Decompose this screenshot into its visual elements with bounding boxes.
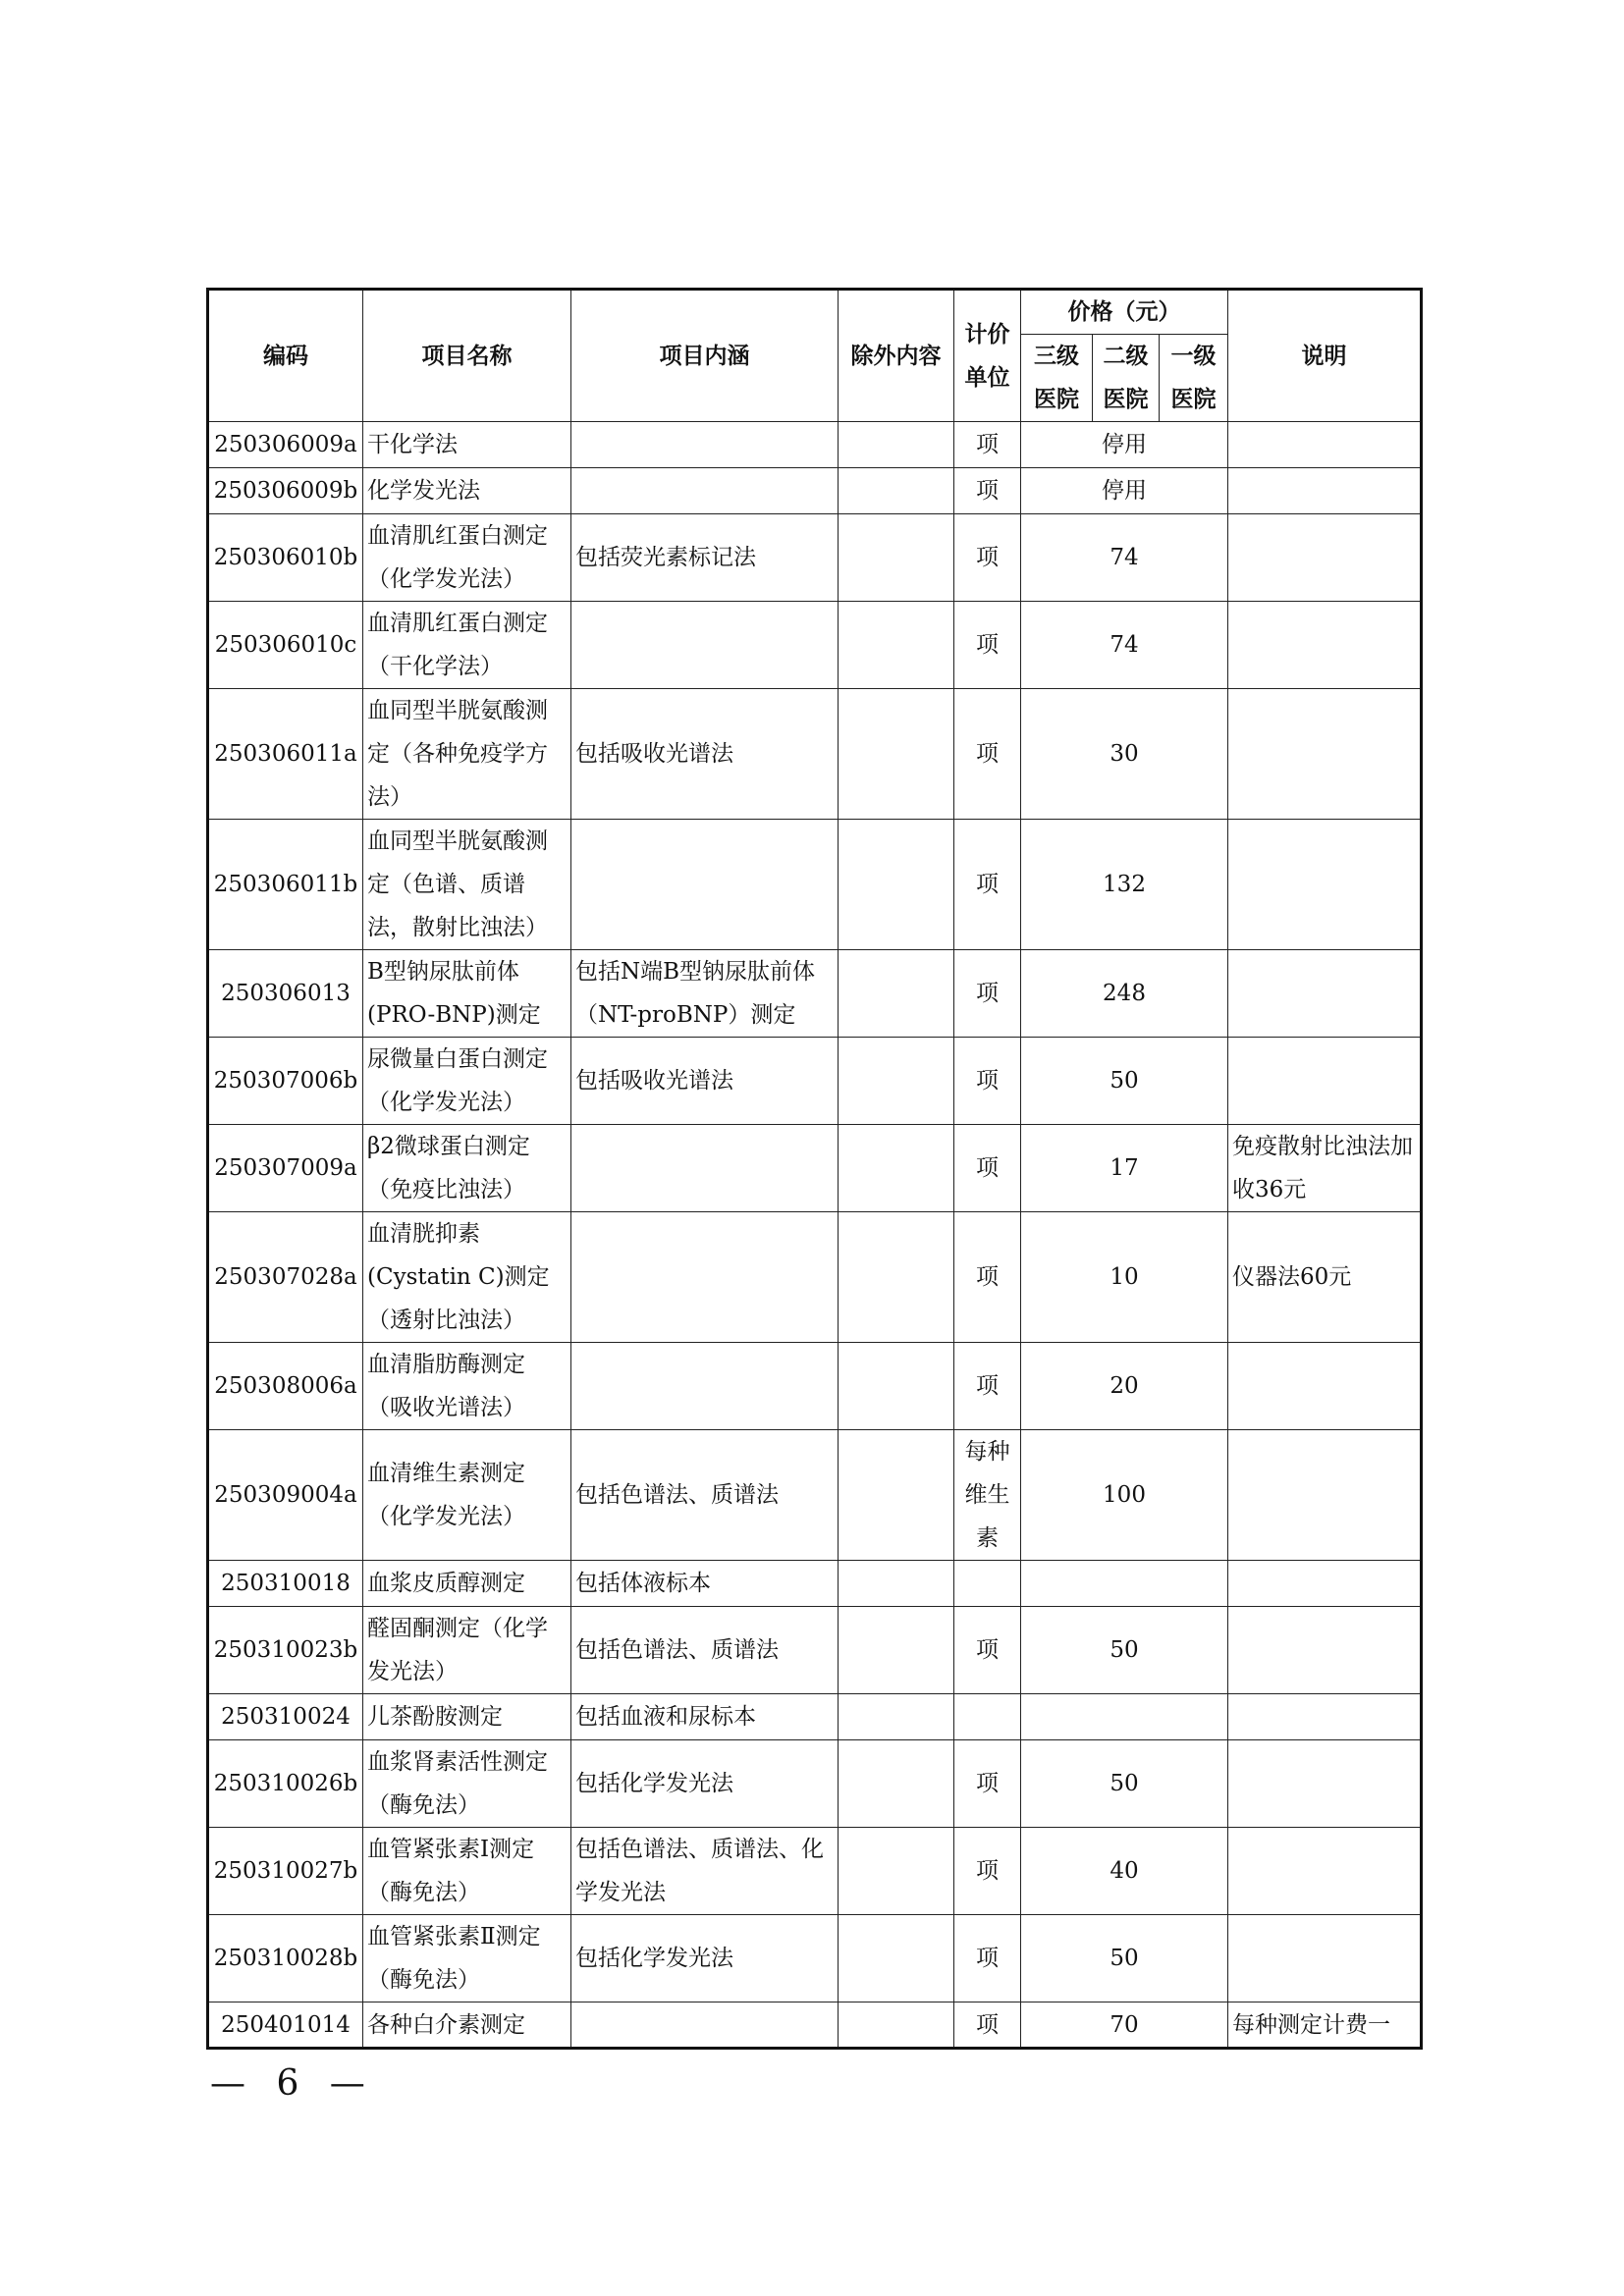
cell-content: 包括N端B型钠尿肽前体（NT-proBNP）测定 bbox=[571, 950, 839, 1038]
cell-exclusions bbox=[839, 602, 954, 689]
table-row: 250306011a血同型半胱氨酸测定（各种免疫学方法）包括吸收光谱法项30 bbox=[208, 689, 1422, 820]
cell-content bbox=[571, 1212, 839, 1343]
cell-exclusions bbox=[839, 1430, 954, 1561]
cell-price: 50 bbox=[1021, 1038, 1228, 1125]
cell-exclusions bbox=[839, 1038, 954, 1125]
cell-unit: 项 bbox=[954, 950, 1021, 1038]
cell-notes bbox=[1228, 422, 1422, 468]
cell-notes bbox=[1228, 950, 1422, 1038]
cell-notes bbox=[1228, 1430, 1422, 1561]
cell-code: 250306011a bbox=[208, 689, 363, 820]
table-row: 250307009aβ2微球蛋白测定（免疫比浊法）项17免疫散射比浊法加收36元 bbox=[208, 1125, 1422, 1212]
cell-notes bbox=[1228, 1828, 1422, 1915]
cell-notes bbox=[1228, 1740, 1422, 1828]
cell-name: 血浆肾素活性测定（酶免法） bbox=[363, 1740, 571, 1828]
cell-price: 10 bbox=[1021, 1212, 1228, 1343]
cell-unit: 项 bbox=[954, 1343, 1021, 1430]
cell-exclusions bbox=[839, 1694, 954, 1740]
price-table: 编码 项目名称 项目内涵 除外内容 计价单位 价格（元） 说明 三级医院 二级医… bbox=[206, 288, 1423, 2050]
cell-code: 250306010b bbox=[208, 514, 363, 602]
table-row: 250306011b血同型半胱氨酸测定（色谱、质谱法，散射比浊法）项132 bbox=[208, 820, 1422, 950]
cell-exclusions bbox=[839, 422, 954, 468]
cell-notes bbox=[1228, 1694, 1422, 1740]
header-content: 项目内涵 bbox=[571, 290, 839, 422]
cell-name: 血清胱抑素(Cystatin C)测定（透射比浊法） bbox=[363, 1212, 571, 1343]
cell-code: 250306009b bbox=[208, 468, 363, 514]
table-row: 250306010b血清肌红蛋白测定（化学发光法）包括荧光素标记法项74 bbox=[208, 514, 1422, 602]
cell-notes bbox=[1228, 468, 1422, 514]
table-row: 250401014各种白介素测定项70每种测定计费一 bbox=[208, 2002, 1422, 2049]
table-row: 250306010c血清肌红蛋白测定（干化学法）项74 bbox=[208, 602, 1422, 689]
cell-content bbox=[571, 422, 839, 468]
cell-unit: 项 bbox=[954, 1038, 1021, 1125]
table-row: 250310023b醛固酮测定（化学发光法）包括色谱法、质谱法项50 bbox=[208, 1607, 1422, 1694]
cell-exclusions bbox=[839, 1561, 954, 1607]
cell-exclusions bbox=[839, 1125, 954, 1212]
header-notes: 说明 bbox=[1228, 290, 1422, 422]
cell-notes: 免疫散射比浊法加收36元 bbox=[1228, 1125, 1422, 1212]
cell-price: 40 bbox=[1021, 1828, 1228, 1915]
cell-price: 74 bbox=[1021, 514, 1228, 602]
cell-content: 包括血液和尿标本 bbox=[571, 1694, 839, 1740]
cell-price: 50 bbox=[1021, 1740, 1228, 1828]
cell-price: 74 bbox=[1021, 602, 1228, 689]
cell-unit: 项 bbox=[954, 1607, 1021, 1694]
cell-code: 250306010c bbox=[208, 602, 363, 689]
cell-exclusions bbox=[839, 468, 954, 514]
cell-price: 248 bbox=[1021, 950, 1228, 1038]
cell-exclusions bbox=[839, 689, 954, 820]
cell-code: 250306009a bbox=[208, 422, 363, 468]
table-row: 250310028b血管紧张素Ⅱ测定（酶免法）包括化学发光法项50 bbox=[208, 1915, 1422, 2002]
cell-unit: 项 bbox=[954, 1212, 1021, 1343]
table-row: 250310024儿茶酚胺测定包括血液和尿标本 bbox=[208, 1694, 1422, 1740]
cell-unit: 项 bbox=[954, 1125, 1021, 1212]
cell-content bbox=[571, 820, 839, 950]
cell-name: 化学发光法 bbox=[363, 468, 571, 514]
cell-code: 250307009a bbox=[208, 1125, 363, 1212]
cell-unit: 项 bbox=[954, 2002, 1021, 2049]
cell-content: 包括化学发光法 bbox=[571, 1915, 839, 2002]
table-header-row: 编码 项目名称 项目内涵 除外内容 计价单位 价格（元） 说明 bbox=[208, 290, 1422, 335]
cell-unit bbox=[954, 1694, 1021, 1740]
table-row: 250306013B型钠尿肽前体(PRO-BNP)测定包括N端B型钠尿肽前体（N… bbox=[208, 950, 1422, 1038]
table-body: 250306009a干化学法项停用250306009b化学发光法项停用25030… bbox=[208, 422, 1422, 2049]
cell-exclusions bbox=[839, 820, 954, 950]
header-price-level1: 一级医院 bbox=[1160, 335, 1228, 422]
cell-notes bbox=[1228, 1607, 1422, 1694]
cell-code: 250306013 bbox=[208, 950, 363, 1038]
cell-unit: 项 bbox=[954, 1740, 1021, 1828]
cell-code: 250310024 bbox=[208, 1694, 363, 1740]
cell-exclusions bbox=[839, 1212, 954, 1343]
page-number: — 6 — bbox=[210, 2063, 375, 2104]
cell-name: 醛固酮测定（化学发光法） bbox=[363, 1607, 571, 1694]
header-name: 项目名称 bbox=[363, 290, 571, 422]
cell-notes bbox=[1228, 602, 1422, 689]
cell-code: 250310026b bbox=[208, 1740, 363, 1828]
cell-name: 干化学法 bbox=[363, 422, 571, 468]
cell-name: β2微球蛋白测定（免疫比浊法） bbox=[363, 1125, 571, 1212]
table-row: 250306009b化学发光法项停用 bbox=[208, 468, 1422, 514]
table-row: 250306009a干化学法项停用 bbox=[208, 422, 1422, 468]
cell-name: 血清肌红蛋白测定（干化学法） bbox=[363, 602, 571, 689]
cell-exclusions bbox=[839, 1343, 954, 1430]
cell-exclusions bbox=[839, 950, 954, 1038]
header-price-group: 价格（元） bbox=[1021, 290, 1228, 335]
cell-content: 包括荧光素标记法 bbox=[571, 514, 839, 602]
cell-exclusions bbox=[839, 2002, 954, 2049]
cell-name: 尿微量白蛋白测定（化学发光法） bbox=[363, 1038, 571, 1125]
cell-exclusions bbox=[839, 514, 954, 602]
cell-name: 各种白介素测定 bbox=[363, 2002, 571, 2049]
cell-name: 血清维生素测定（化学发光法） bbox=[363, 1430, 571, 1561]
cell-notes bbox=[1228, 689, 1422, 820]
cell-name: 血同型半胱氨酸测定（色谱、质谱法，散射比浊法） bbox=[363, 820, 571, 950]
cell-unit: 项 bbox=[954, 602, 1021, 689]
cell-content: 包括色谱法、质谱法 bbox=[571, 1430, 839, 1561]
cell-unit bbox=[954, 1561, 1021, 1607]
cell-content bbox=[571, 2002, 839, 2049]
cell-unit: 项 bbox=[954, 514, 1021, 602]
cell-price: 停用 bbox=[1021, 468, 1228, 514]
cell-unit: 项 bbox=[954, 1828, 1021, 1915]
table-row: 250307028a血清胱抑素(Cystatin C)测定（透射比浊法）项10仪… bbox=[208, 1212, 1422, 1343]
table-row: 250310026b血浆肾素活性测定（酶免法）包括化学发光法项50 bbox=[208, 1740, 1422, 1828]
table-row: 250310027b血管紧张素Ⅰ测定（酶免法）包括色谱法、质谱法、化学发光法项4… bbox=[208, 1828, 1422, 1915]
cell-code: 250306011b bbox=[208, 820, 363, 950]
cell-notes bbox=[1228, 1343, 1422, 1430]
cell-code: 250401014 bbox=[208, 2002, 363, 2049]
cell-content: 包括吸收光谱法 bbox=[571, 1038, 839, 1125]
cell-exclusions bbox=[839, 1828, 954, 1915]
cell-content: 包括吸收光谱法 bbox=[571, 689, 839, 820]
cell-notes: 每种测定计费一 bbox=[1228, 2002, 1422, 2049]
cell-price: 30 bbox=[1021, 689, 1228, 820]
cell-notes bbox=[1228, 1561, 1422, 1607]
cell-name: 血浆皮质醇测定 bbox=[363, 1561, 571, 1607]
cell-code: 250307028a bbox=[208, 1212, 363, 1343]
cell-notes bbox=[1228, 514, 1422, 602]
cell-notes: 仪器法60元 bbox=[1228, 1212, 1422, 1343]
cell-name: 血清脂肪酶测定（吸收光谱法） bbox=[363, 1343, 571, 1430]
cell-price: 停用 bbox=[1021, 422, 1228, 468]
cell-notes bbox=[1228, 1038, 1422, 1125]
cell-price: 17 bbox=[1021, 1125, 1228, 1212]
cell-name: 血管紧张素Ⅱ测定（酶免法） bbox=[363, 1915, 571, 2002]
cell-code: 250308006a bbox=[208, 1343, 363, 1430]
header-code: 编码 bbox=[208, 290, 363, 422]
cell-price: 70 bbox=[1021, 2002, 1228, 2049]
header-unit: 计价单位 bbox=[954, 290, 1021, 422]
cell-content: 包括色谱法、质谱法 bbox=[571, 1607, 839, 1694]
cell-code: 250310028b bbox=[208, 1915, 363, 2002]
header-exclusions: 除外内容 bbox=[839, 290, 954, 422]
cell-price: 50 bbox=[1021, 1915, 1228, 2002]
cell-code: 250310027b bbox=[208, 1828, 363, 1915]
cell-unit: 项 bbox=[954, 689, 1021, 820]
cell-exclusions bbox=[839, 1607, 954, 1694]
cell-code: 250310023b bbox=[208, 1607, 363, 1694]
cell-price: 132 bbox=[1021, 820, 1228, 950]
cell-price: 50 bbox=[1021, 1607, 1228, 1694]
cell-exclusions bbox=[839, 1915, 954, 2002]
cell-content bbox=[571, 468, 839, 514]
header-price-level2: 二级医院 bbox=[1093, 335, 1160, 422]
cell-price bbox=[1021, 1694, 1228, 1740]
cell-price bbox=[1021, 1561, 1228, 1607]
cell-content: 包括化学发光法 bbox=[571, 1740, 839, 1828]
cell-name: 血清肌红蛋白测定（化学发光法） bbox=[363, 514, 571, 602]
cell-code: 250307006b bbox=[208, 1038, 363, 1125]
table-row: 250307006b尿微量白蛋白测定（化学发光法）包括吸收光谱法项50 bbox=[208, 1038, 1422, 1125]
cell-price: 20 bbox=[1021, 1343, 1228, 1430]
cell-name: 血管紧张素Ⅰ测定（酶免法） bbox=[363, 1828, 571, 1915]
cell-notes bbox=[1228, 820, 1422, 950]
cell-content: 包括色谱法、质谱法、化学发光法 bbox=[571, 1828, 839, 1915]
cell-code: 250309004a bbox=[208, 1430, 363, 1561]
cell-unit: 项 bbox=[954, 468, 1021, 514]
cell-unit: 项 bbox=[954, 820, 1021, 950]
cell-code: 250310018 bbox=[208, 1561, 363, 1607]
cell-content bbox=[571, 1125, 839, 1212]
cell-exclusions bbox=[839, 1740, 954, 1828]
cell-content bbox=[571, 1343, 839, 1430]
cell-name: 血同型半胱氨酸测定（各种免疫学方法） bbox=[363, 689, 571, 820]
cell-content bbox=[571, 602, 839, 689]
table-row: 250310018血浆皮质醇测定包括体液标本 bbox=[208, 1561, 1422, 1607]
cell-price: 100 bbox=[1021, 1430, 1228, 1561]
header-price-level3: 三级医院 bbox=[1021, 335, 1093, 422]
cell-content: 包括体液标本 bbox=[571, 1561, 839, 1607]
cell-unit: 项 bbox=[954, 422, 1021, 468]
cell-name: B型钠尿肽前体(PRO-BNP)测定 bbox=[363, 950, 571, 1038]
table-row: 250308006a血清脂肪酶测定（吸收光谱法）项20 bbox=[208, 1343, 1422, 1430]
cell-notes bbox=[1228, 1915, 1422, 2002]
cell-unit: 每种维生素 bbox=[954, 1430, 1021, 1561]
cell-unit: 项 bbox=[954, 1915, 1021, 2002]
table-row: 250309004a血清维生素测定（化学发光法）包括色谱法、质谱法每种维生素10… bbox=[208, 1430, 1422, 1561]
cell-name: 儿茶酚胺测定 bbox=[363, 1694, 571, 1740]
